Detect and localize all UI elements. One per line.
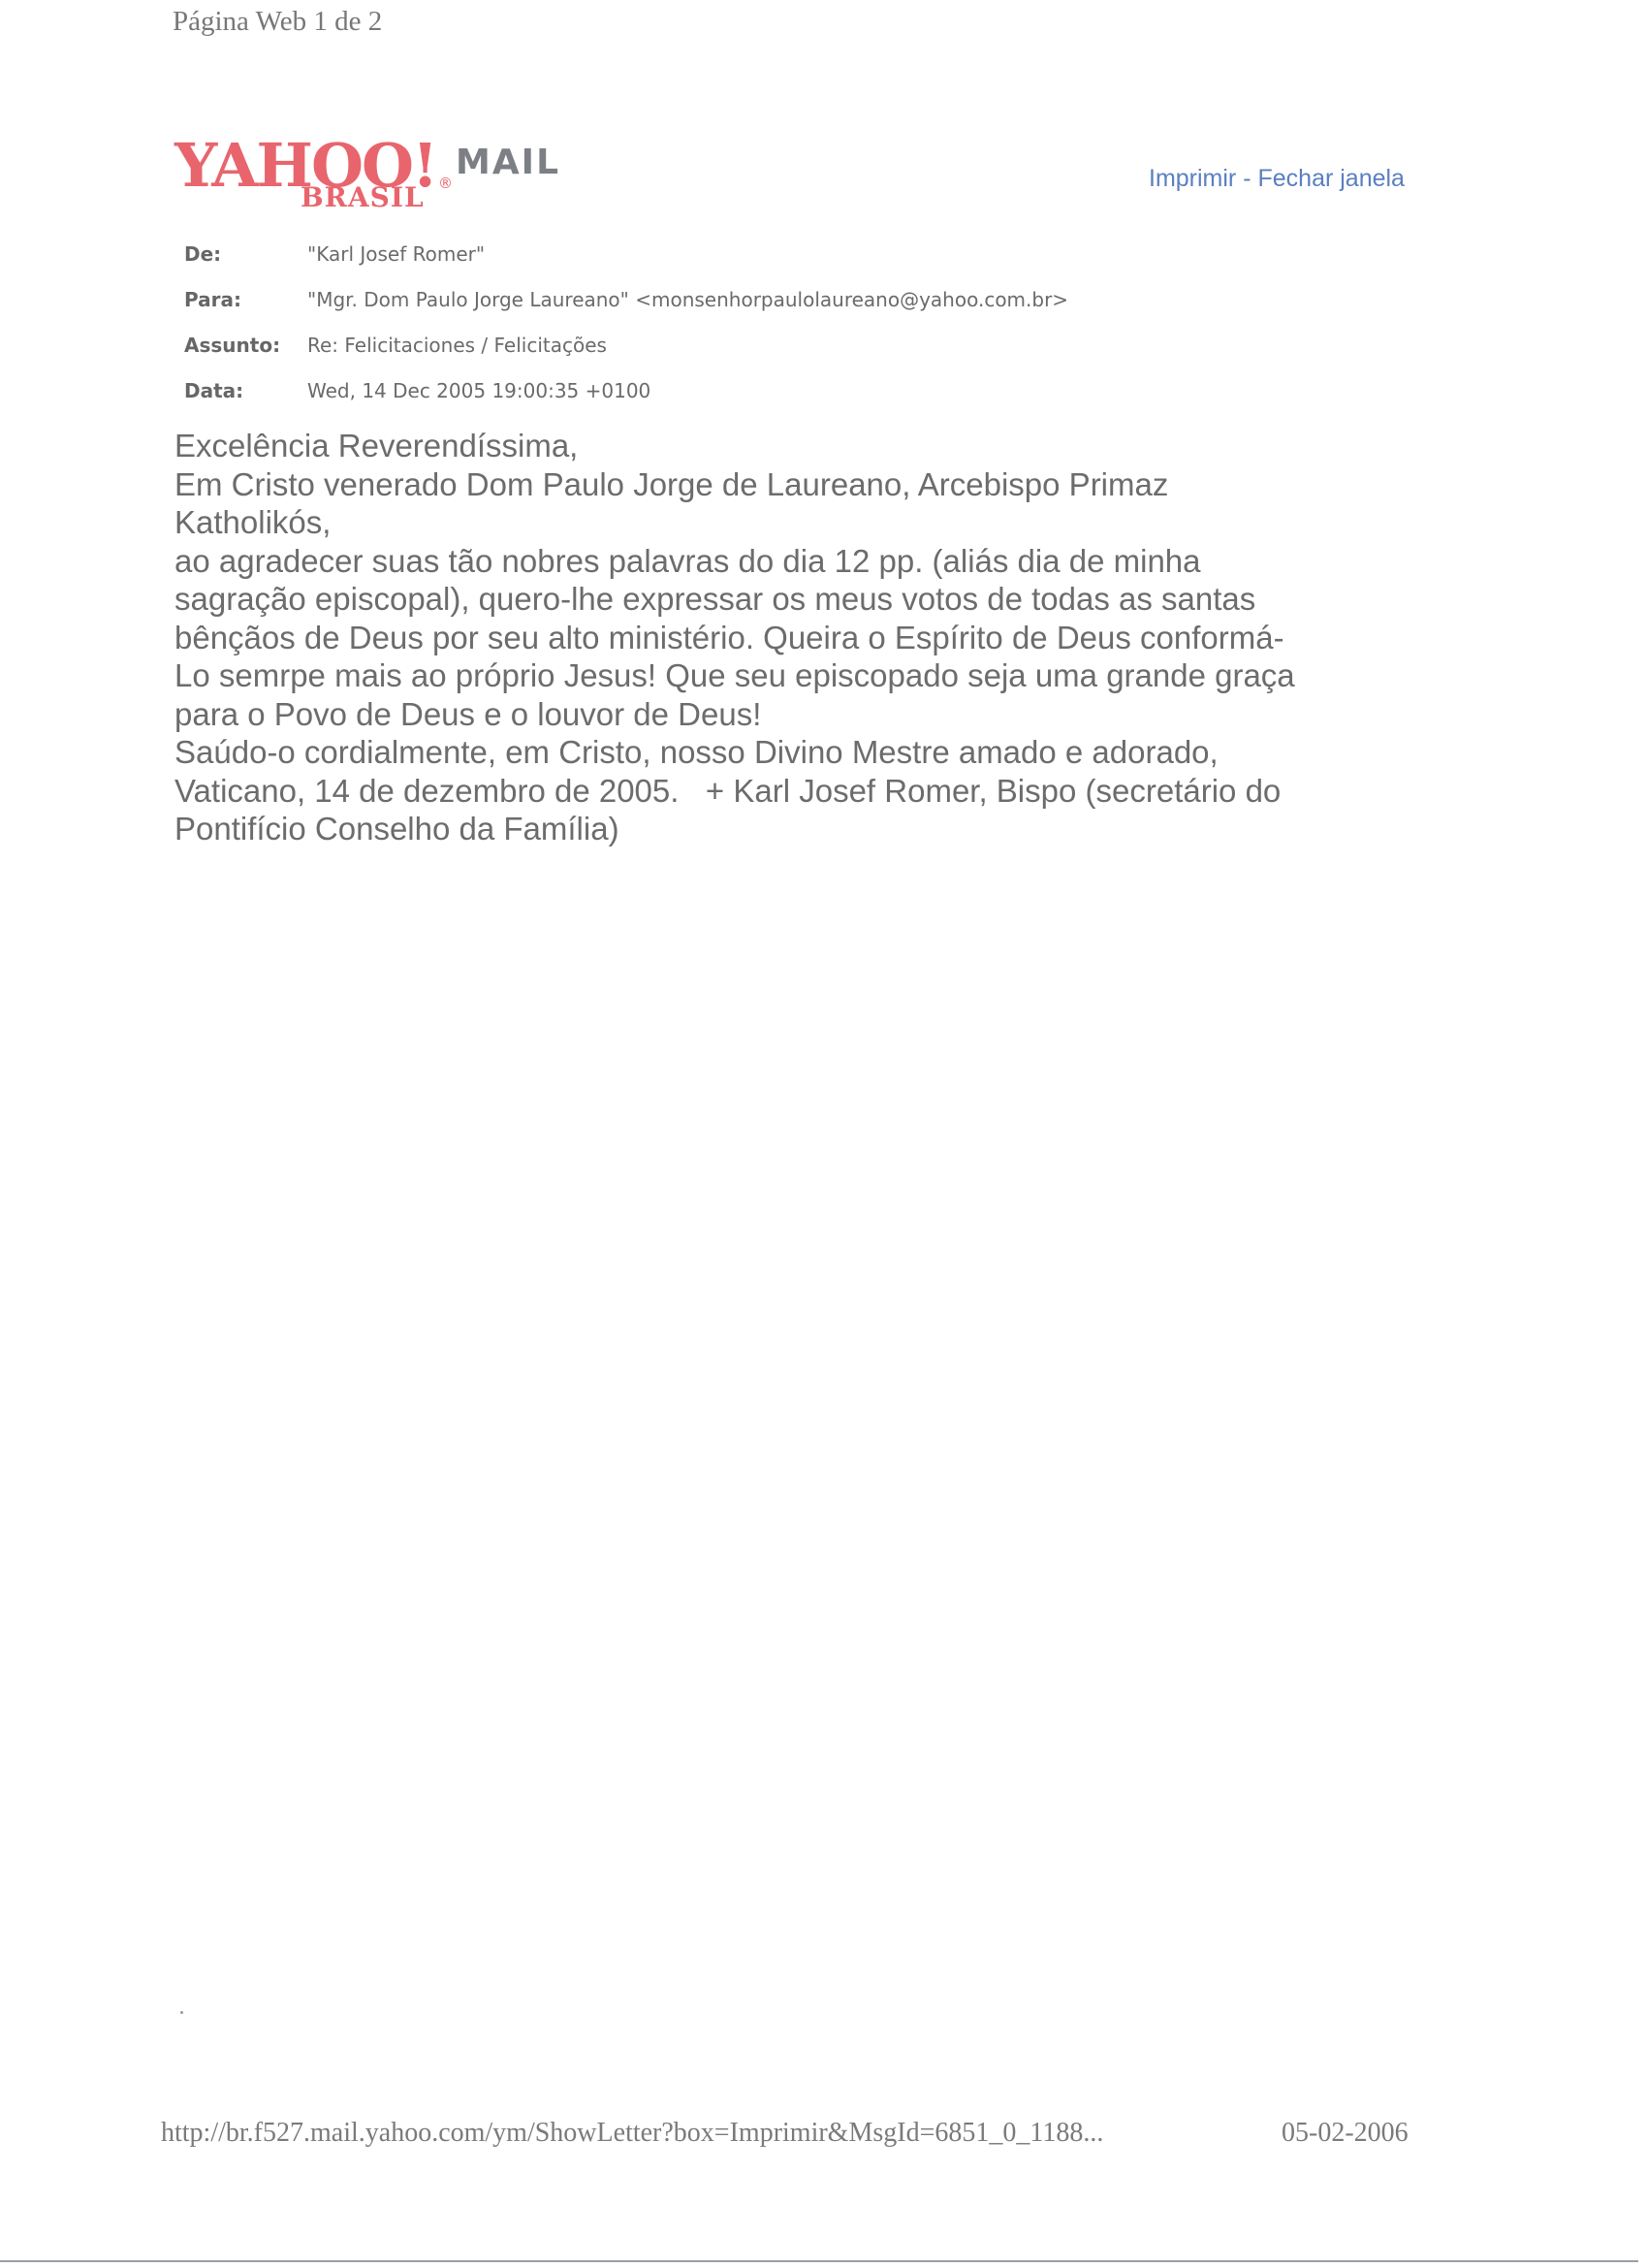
header-row-date: Data: Wed, 14 Dec 2005 19:00:35 +0100 (184, 367, 1068, 413)
header-row-to: Para: "Mgr. Dom Paulo Jorge Laureano" <m… (184, 276, 1068, 322)
date-label: Data: (184, 379, 307, 402)
date-value: Wed, 14 Dec 2005 19:00:35 +0100 (307, 379, 650, 402)
yahoo-mail-logo: YAHOO! ® BRASIL MAIL (174, 136, 582, 223)
registered-mark-icon: ® (438, 175, 453, 192)
email-headers: De: "Karl Josef Romer" Para: "Mgr. Dom P… (184, 231, 1068, 413)
to-label: Para: (184, 288, 307, 311)
logo-mail-text: MAIL (456, 145, 560, 180)
header-row-subject: Assunto: Re: Felicitaciones / Felicitaçõ… (184, 322, 1068, 367)
print-close-links: Imprimir - Fechar janela (1149, 165, 1405, 193)
body-line: Vaticano, 14 de dezembro de 2005. + Karl… (174, 772, 1435, 811)
to-value: "Mgr. Dom Paulo Jorge Laureano" <monsenh… (307, 288, 1068, 311)
logo-brasil-text: BRASIL (301, 184, 425, 211)
print-link[interactable]: Imprimir (1149, 165, 1236, 192)
body-line: Excelência Reverendíssima, (174, 427, 1435, 465)
header-row-from: De: "Karl Josef Romer" (184, 231, 1068, 276)
body-line: ao agradecer suas tão nobres palavras do… (174, 542, 1435, 581)
page-bottom-rule (0, 2260, 1638, 2262)
body-line: sagração episcopal), quero-lhe expressar… (174, 580, 1435, 619)
link-separator: - (1236, 165, 1257, 192)
footer-print-date: 05-02-2006 (1282, 2118, 1409, 2149)
body-line: para o Povo de Deus e o louvor de Deus! (174, 695, 1435, 734)
body-line: bênçãos de Deus por seu alto ministério.… (174, 619, 1435, 657)
footer-url: http://br.f527.mail.yahoo.com/ym/ShowLet… (161, 2118, 1103, 2149)
print-page-header: Página Web 1 de 2 (173, 6, 382, 38)
body-line: Katholikós, (174, 503, 1435, 542)
body-line: Saúdo-o cordialmente, em Cristo, nosso D… (174, 733, 1435, 772)
body-line: Lo semrpe mais ao próprio Jesus! Que seu… (174, 656, 1435, 695)
from-label: De: (184, 242, 307, 266)
body-line: Pontifício Conselho da Família) (174, 810, 1435, 848)
body-line: Em Cristo venerado Dom Paulo Jorge de La… (174, 465, 1435, 504)
subject-value: Re: Felicitaciones / Felicitações (307, 334, 607, 357)
subject-label: Assunto: (184, 334, 307, 357)
from-value: "Karl Josef Romer" (307, 242, 485, 266)
close-window-link[interactable]: Fechar janela (1257, 165, 1404, 192)
message-body: Excelência Reverendíssima, Em Cristo ven… (174, 427, 1435, 848)
scan-artifact (180, 2011, 183, 2014)
